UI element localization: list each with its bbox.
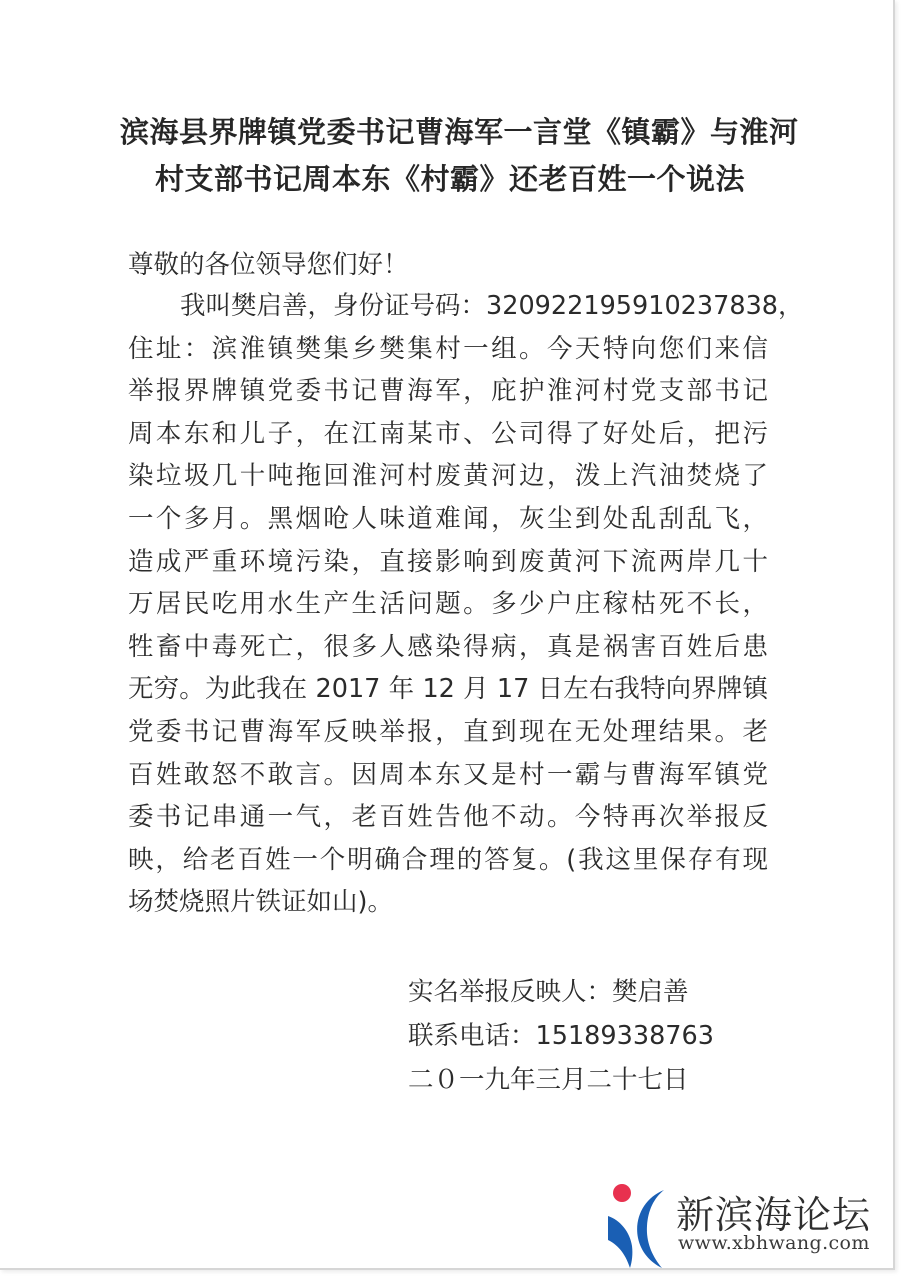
letter-greeting: 尊敬的各位领导您们好！ (128, 245, 409, 281)
body-line: 场焚烧照片铁证如山)。 (128, 881, 768, 924)
body-line: 造成严重环境污染，直接影响到废黄河下流两岸几十 (128, 541, 768, 584)
letter-title-line-1: 滨海县界牌镇党委书记曹海军一言堂《镇霸》与淮河 (120, 110, 780, 151)
body-line: 牲畜中毒死亡，很多人感染得病，真是祸害百姓后患 (128, 626, 768, 669)
body-line: 周本东和儿子，在江南某市、公司得了好处后，把污 (128, 413, 768, 456)
forum-url: www.xbhwang.com (678, 1232, 870, 1254)
forum-watermark: 新滨海论坛 www.xbhwang.com (606, 1180, 891, 1268)
body-line: 举报界牌镇党委书记曹海军，庇护淮河村党支部书记 (128, 370, 768, 413)
body-line: 染垃圾几十吨拖回淮河村废黄河边，泼上汽油焚烧了 (128, 455, 768, 498)
reporter-name: 实名举报反映人：樊启善 (408, 970, 714, 1014)
letter-title-line-2: 村支部书记周本东《村霸》还老百姓一个说法 (120, 157, 780, 198)
body-line: 一个多月。黑烟呛人味道难闻，灰尘到处乱刮乱飞， (128, 498, 768, 541)
body-line: 无穷。为此我在 2017 年 12 月 17 日左右我特向界牌镇 (128, 668, 768, 711)
letter-body: 我叫樊启善，身份证号码：320922195910237838， 住址：滨淮镇樊集… (128, 285, 768, 924)
contact-phone: 联系电话：15189338763 (408, 1014, 714, 1058)
body-line: 映，给老百姓一个明确合理的答复。(我这里保存有现 (128, 839, 768, 882)
body-line: 党委书记曹海军反映举报，直到现在无处理结果。老 (128, 711, 768, 754)
body-line: 我叫樊启善，身份证号码：320922195910237838， (128, 285, 768, 328)
body-line: 住址：滨淮镇樊集乡樊集村一组。今天特向您们来信 (128, 328, 768, 371)
letter-signature: 实名举报反映人：樊启善 联系电话：15189338763 二０一九年三月二十七日 (408, 970, 714, 1102)
xbhwang-logo-icon (606, 1180, 678, 1268)
letter-date: 二０一九年三月二十七日 (408, 1058, 714, 1102)
scanned-letter-page: 滨海县界牌镇党委书记曹海军一言堂《镇霸》与淮河 村支部书记周本东《村霸》还老百姓… (0, 0, 895, 1270)
body-line: 委书记串通一气，老百姓告他不动。今特再次举报反 (128, 796, 768, 839)
body-line: 百姓敢怒不敢言。因周本东又是村一霸与曹海军镇党 (128, 754, 768, 797)
forum-name: 新滨海论坛 (676, 1184, 871, 1239)
body-line: 万居民吃用水生产生活问题。多少户庄稼枯死不长， (128, 583, 768, 626)
